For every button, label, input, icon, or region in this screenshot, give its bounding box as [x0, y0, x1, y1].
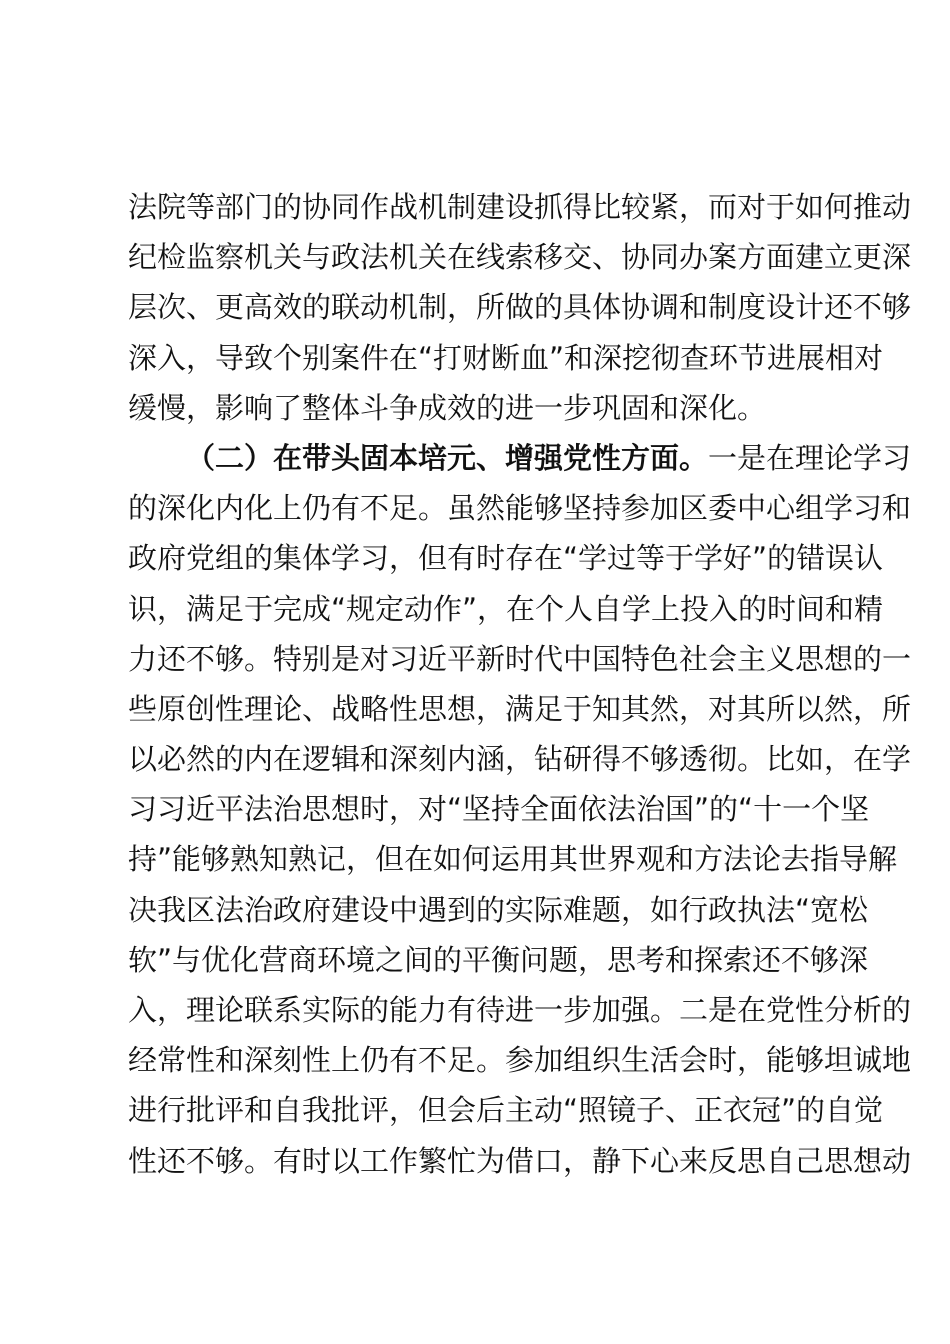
text-line: 经常性和深刻性上仍有不足。参加组织生活会时，能够坦诚地	[128, 1035, 832, 1085]
text-line: 的深化内化上仍有不足。虽然能够坚持参加区委中心组学习和	[128, 483, 832, 533]
text-line: 以必然的内在逻辑和深刻内涵，钻研得不够透彻。比如，在学	[128, 734, 832, 784]
text-line: 纪检监察机关与政法机关在线索移交、协同办案方面建立更深	[128, 232, 832, 282]
text-line: 习习近平法治思想时，对“坚持全面依法治国”的“十一个坚	[128, 784, 832, 834]
section-heading: （二）在带头固本培元、增强党性方面。	[186, 441, 708, 475]
paragraph-2: （二）在带头固本培元、增强党性方面。一是在理论学习 的深化内化上仍有不足。虽然能…	[128, 433, 832, 1186]
text-line: 力还不够。特别是对习近平新时代中国特色社会主义思想的一	[128, 634, 832, 684]
text-line: 法院等部门的协同作战机制建设抓得比较紧，而对于如何推动	[128, 182, 832, 232]
text-line: 政府党组的集体学习，但有时存在“学过等于学好”的错误认	[128, 533, 832, 583]
text-line: 识，满足于完成“规定动作”，在个人自学上投入的时间和精	[128, 584, 832, 634]
text-line: 持”能够熟知熟记，但在如何运用其世界观和方法论去指导解	[128, 834, 832, 884]
text-run: 一是在理论学习	[708, 441, 911, 475]
paragraph-1: 法院等部门的协同作战机制建设抓得比较紧，而对于如何推动 纪检监察机关与政法机关在…	[128, 182, 832, 433]
text-line: 软”与优化营商环境之间的平衡问题，思考和探索还不够深	[128, 935, 832, 985]
text-line: 层次、更高效的联动机制，所做的具体协调和制度设计还不够	[128, 282, 832, 332]
section-heading-line: （二）在带头固本培元、增强党性方面。一是在理论学习	[128, 433, 832, 483]
text-line: 些原创性理论、战略性思想，满足于知其然，对其所以然，所	[128, 684, 832, 734]
text-line: 深入，导致个别案件在“打财断血”和深挖彻查环节进展相对	[128, 333, 832, 383]
text-line: 缓慢，影响了整体斗争成效的进一步巩固和深化。	[128, 383, 832, 433]
text-line: 进行批评和自我批评，但会后主动“照镜子、正衣冠”的自觉	[128, 1085, 832, 1135]
text-line: 决我区法治政府建设中遇到的实际难题，如行政执法“宽松	[128, 885, 832, 935]
document-page: 法院等部门的协同作战机制建设抓得比较紧，而对于如何推动 纪检监察机关与政法机关在…	[128, 182, 832, 1186]
text-line: 性还不够。有时以工作繁忙为借口，静下心来反思自己思想动	[128, 1136, 832, 1186]
text-line: 入，理论联系实际的能力有待进一步加强。二是在党性分析的	[128, 985, 832, 1035]
